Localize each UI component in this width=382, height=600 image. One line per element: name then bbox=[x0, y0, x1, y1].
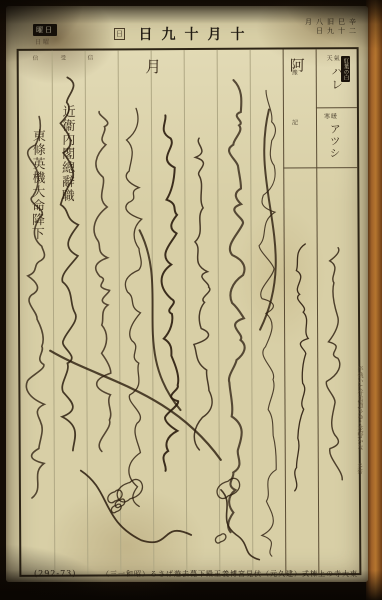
margin-haiku: 半俄いて仔馬道ひゆく花野かな 多齊 bbox=[355, 366, 363, 536]
handwriting-note-tojo: 東條英機大命降下 bbox=[29, 129, 45, 241]
photo-background: 曜日 日曜 日 日九十月十 月八旧巳辛 日九十二 信 受 信 bbox=[0, 0, 382, 600]
date-title: 日九十月十 bbox=[126, 24, 266, 44]
handwriting-fragment-moon: 月 bbox=[145, 58, 160, 75]
page-header: 曜日 日曜 日 日九十月十 月八旧巳辛 日九十二 bbox=[6, 16, 368, 50]
diary-grid: 信 受 信 天氣 寒暖 豫 記 ハレ アツシ 阿 月 近衞内閣總辭職 東條英機大… bbox=[17, 47, 362, 577]
book-edge bbox=[366, 0, 382, 600]
weekday-label-box: 曜日 bbox=[33, 24, 57, 36]
lunar-date-line2: 日九十二 bbox=[294, 27, 360, 36]
weekday-day-box: 日 bbox=[114, 28, 125, 40]
weekday-value: 日曜 bbox=[35, 37, 51, 46]
haiku-author: 多齊 bbox=[356, 463, 362, 474]
diary-page: 曜日 日曜 日 日九十月十 月八旧巳辛 日九十二 信 受 信 bbox=[6, 6, 368, 582]
handwriting-fragment-a: 阿 bbox=[289, 57, 304, 73]
haiku-text: 半俄いて仔馬道ひゆく花野かな bbox=[356, 366, 363, 450]
handwriting-note-cabinet: 近衞内閣總辭職 bbox=[59, 105, 75, 203]
page-footer: (292-73) （三一和昭）るさば遊去薨下殿王義博宮見伏（元久建）式棟上の寺大… bbox=[6, 566, 368, 582]
history-line: （三一和昭）るさば遊去薨下殿王義博宮見伏（元久建）式棟上の寺大東 bbox=[102, 569, 358, 579]
lunar-date: 月八旧巳辛 日九十二 bbox=[294, 18, 360, 36]
page-number: (292-73) bbox=[34, 569, 76, 578]
temperature-value-handwriting: アツシ bbox=[327, 123, 342, 159]
margin-tab-label: 紅葉の白 bbox=[341, 56, 350, 82]
lunar-date-line1: 月八旧巳辛 bbox=[294, 18, 360, 27]
